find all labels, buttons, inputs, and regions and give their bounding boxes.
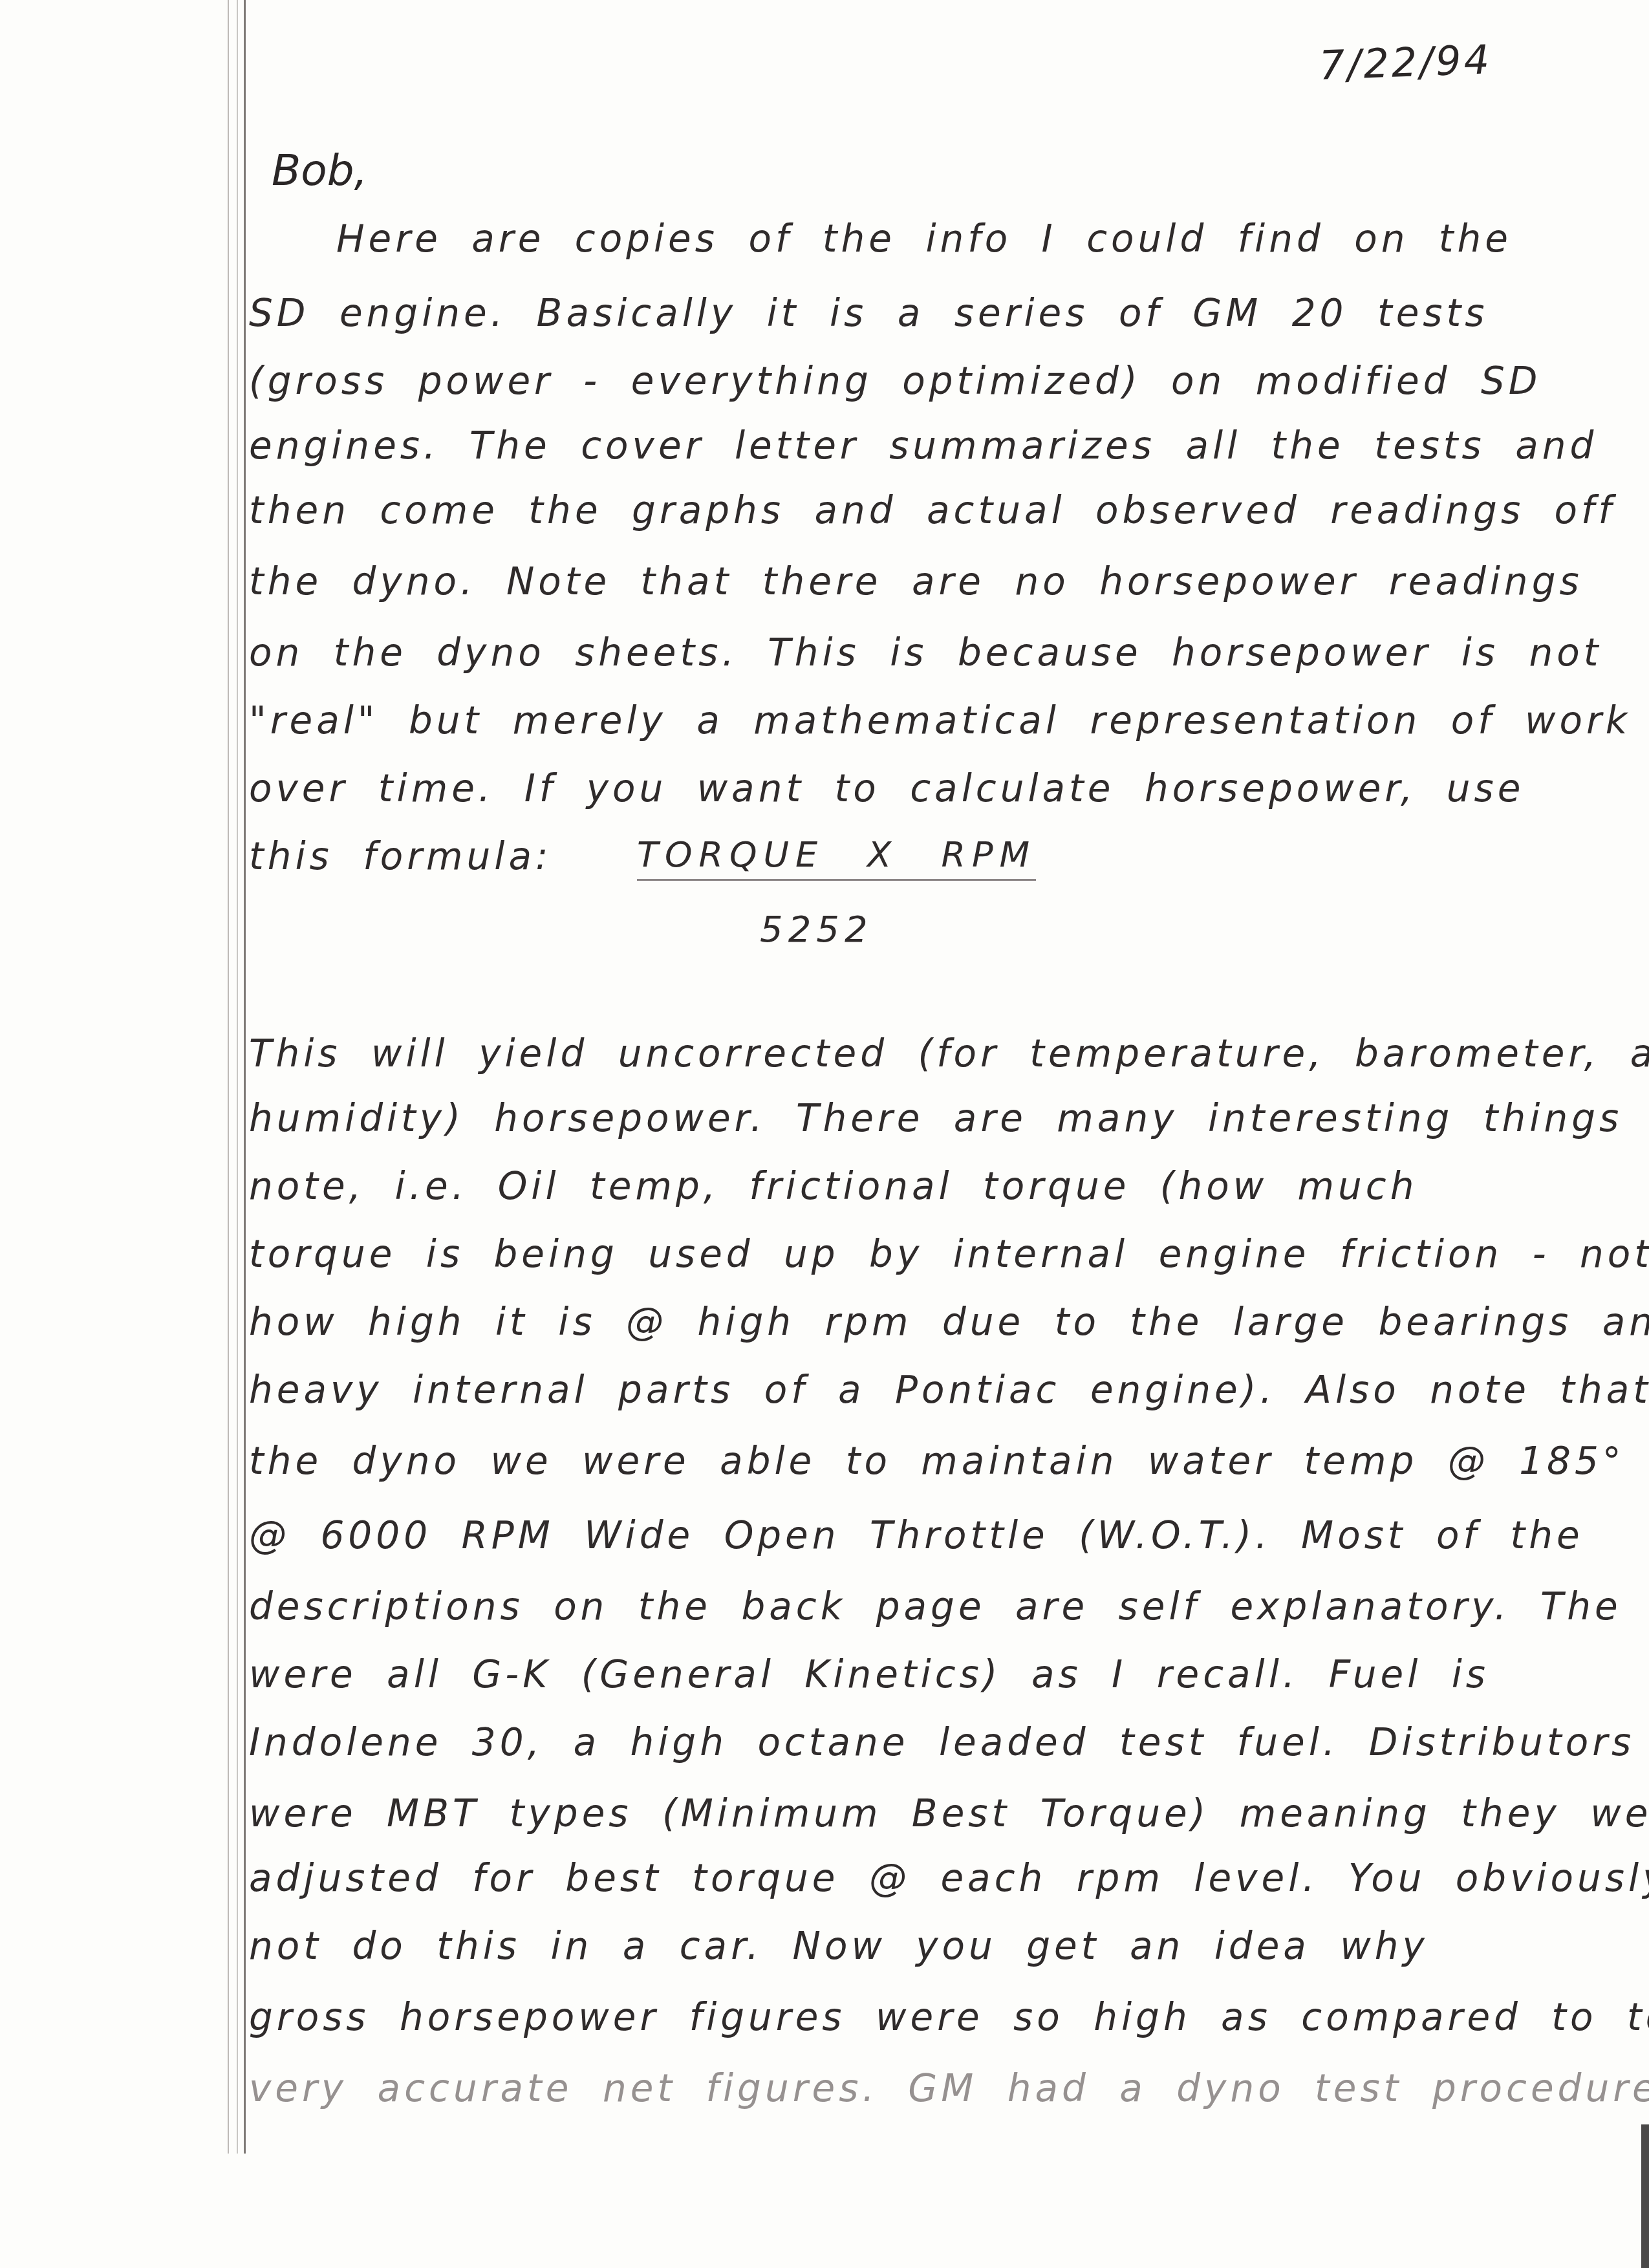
formula-denominator: 5252 <box>760 909 873 951</box>
letter-line: Here are copies of the info I could find… <box>336 217 1512 261</box>
letter-line: @ 6000 RPM Wide Open Throttle (W.O.T.). … <box>249 1513 1584 1557</box>
letter-salutation: Bob, <box>272 146 368 195</box>
letter-line: torque is being used up by internal engi… <box>249 1232 1649 1276</box>
letter-line-faint: very accurate net figures. GM had a dyno… <box>249 2066 1649 2110</box>
letter-line: Indolene 30, a high octane leaded test f… <box>249 1720 1635 1764</box>
letter-line: note, i.e. Oil temp, frictional torque (… <box>249 1164 1417 1208</box>
letter-line: were MBT types (Minimum Best Torque) mea… <box>249 1791 1649 1835</box>
letter-line: engines. The cover letter summarizes all… <box>249 424 1597 468</box>
letter-line: heavy internal parts of a Pontiac engine… <box>249 1368 1649 1412</box>
letter-line: humidity) horsepower. There are many int… <box>249 1096 1649 1140</box>
letter-line: SD engine. Basically it is a series of G… <box>249 291 1489 335</box>
letter-line: over time. If you want to calculate hors… <box>249 766 1524 810</box>
letter-line: gross horsepower figures were so high as… <box>249 1995 1649 2039</box>
letter-line: how high it is @ high rpm due to the lar… <box>249 1300 1649 1344</box>
letter-line: This will yield uncorrected (for tempera… <box>249 1031 1649 1075</box>
letter-line: "real" but merely a mathematical represe… <box>249 698 1631 742</box>
letter-line: not do this in a car. Now you get an ide… <box>249 1924 1428 1968</box>
letter-line: then come the graphs and actual observed… <box>249 488 1615 532</box>
letter-line: (gross power - everything optimized) on … <box>249 359 1542 403</box>
letter-line: this formula: <box>249 834 552 878</box>
notepad-margin-line <box>228 0 229 2154</box>
letter-line: were all G-K (General Kinetics) as I rec… <box>249 1652 1489 1696</box>
letter-line: the dyno we were able to maintain water … <box>249 1439 1649 1483</box>
letter-line: on the dyno sheets. This is because hors… <box>249 631 1602 675</box>
letter-date: 7/22/94 <box>1319 36 1493 89</box>
notepad-margin-line <box>237 0 238 2154</box>
horsepower-formula: TORQUE X RPM <box>637 834 1036 881</box>
scan-edge-shadow <box>1641 2124 1649 2268</box>
letter-line: adjusted for best torque @ each rpm leve… <box>249 1856 1649 1900</box>
notepad-margin-line <box>244 0 246 2154</box>
letter-line: the dyno. Note that there are no horsepo… <box>249 559 1583 603</box>
formula-numerator: TORQUE X RPM <box>637 834 1036 881</box>
letter-line: descriptions on the back page are self e… <box>249 1584 1649 1628</box>
